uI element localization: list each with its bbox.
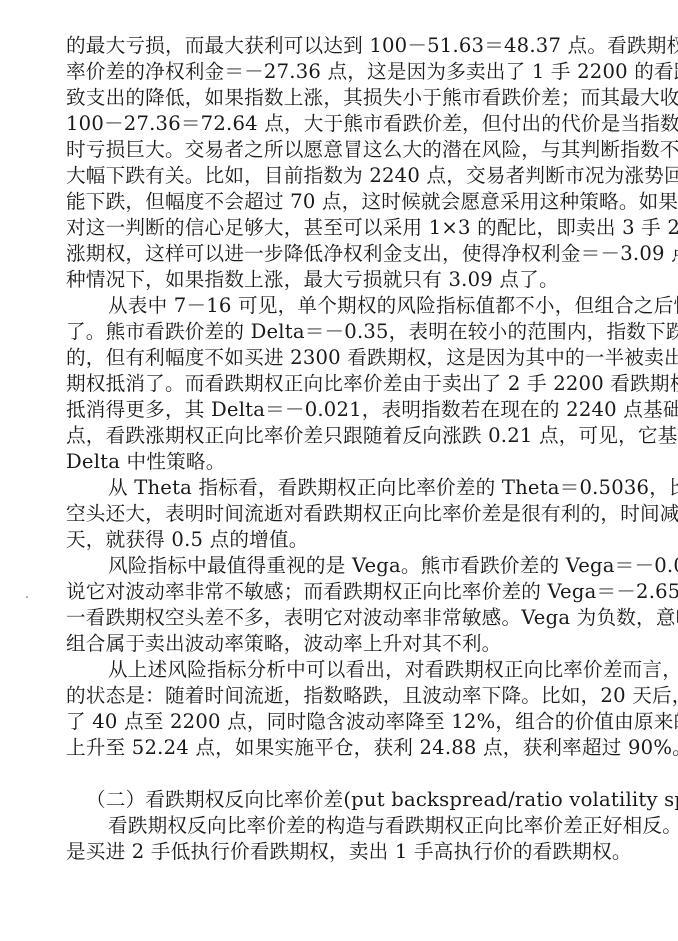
text-line: 致支出的降低，如果指数上涨，其损失小于熊市看跌价差；而其最大收益＝ bbox=[66, 85, 634, 111]
paragraph-3: 从 Theta 指标看，看跌期权正向比率价差的 Theta＝0.5036，比单个… bbox=[66, 475, 634, 553]
blank-line bbox=[66, 761, 634, 787]
text-line: 风险指标中最值得重视的是 Vega。熊市看跌价差的 Vega＝－0.02，可以 bbox=[66, 553, 634, 579]
text-line: 从表中 7－16 可见，单个期权的风险指标值都不小，但组合之后情况就变 bbox=[66, 293, 634, 319]
text-line: 从上述风险指标分析中可以看出，对看跌期权正向比率价差而言，最理想 bbox=[66, 657, 634, 683]
text-line: 涨期权，这样可以进一步降低净权利金支出，使得净权利金＝－3.09 点。在这 bbox=[66, 241, 634, 267]
section-heading: （二）看跌期权反向比率价差(put backspread/ratio volat… bbox=[66, 787, 634, 813]
text-line: 看跌期权反向比率价差的构造与看跌期权正向比率价差正好相反。现在 bbox=[66, 813, 634, 839]
paragraph-1: 的最大亏损，而最大获利可以达到 100－51.63＝48.37 点。看跌期权正向… bbox=[66, 33, 634, 293]
text-line: 100－27.36＝72.64 点，大于熊市看跌价差，但付出的代价是当指数大幅下… bbox=[66, 111, 634, 137]
text-line: Delta 中性策略。 bbox=[66, 449, 634, 475]
text-line: 种情况下，如果指数上涨，最大亏损就只有 3.09 点了。 bbox=[66, 267, 634, 293]
paragraph-5: 从上述风险指标分析中可以看出，对看跌期权正向比率价差而言，最理想 的状态是：随着… bbox=[66, 657, 634, 761]
text-line: 说它对波动率非常不敏感；而看跌期权正向比率价差的 Vega＝－2.65，与单 bbox=[66, 579, 634, 605]
document-page: 的最大亏损，而最大获利可以达到 100－51.63＝48.37 点。看跌期权正向… bbox=[66, 33, 634, 865]
text-line: 天，就获得 0.5 点的增值。 bbox=[66, 527, 634, 553]
text-line: 的最大亏损，而最大获利可以达到 100－51.63＝48.37 点。看跌期权正向… bbox=[66, 33, 634, 59]
text-line: 大幅下跌有关。比如，目前指数为 2240 点，交易者判断市况为涨势回调，有可 bbox=[66, 163, 634, 189]
text-line: 是买进 2 手低执行价看跌期权，卖出 1 手高执行价的看跌期权。 bbox=[66, 839, 634, 865]
text-line: 能下跌，但幅度不会超过 70 点，这时候就会愿意采用这种策略。如果交易者 bbox=[66, 189, 634, 215]
text-line: 空头还大，表明时间流逝对看跌期权正向比率价差是很有利的，时间减少 1 bbox=[66, 501, 634, 527]
text-line: 从 Theta 指标看，看跌期权正向比率价差的 Theta＝0.5036，比单个… bbox=[66, 475, 634, 501]
text-line: 上升至 52.24 点，如果实施平仓，获利 24.88 点，获利率超过 90%。 bbox=[66, 735, 634, 761]
text-line: 抵消得更多，其 Delta＝－0.021，表明指数若在现在的 2240 点基础上… bbox=[66, 397, 634, 423]
text-line: 期权抵消了。而看跌期权正向比率价差由于卖出了 2 手 2200 看跌期权，因此 bbox=[66, 371, 634, 397]
text-line: 点，看跌涨期权正向比率价差只跟随着反向涨跌 0.21 点，可见，它基本上属于 bbox=[66, 423, 634, 449]
text-line: 了。熊市看跌价差的 Delta＝－0.35，表明在较小的范围内，指数下跌是有利 bbox=[66, 319, 634, 345]
paragraph-2: 从表中 7－16 可见，单个期权的风险指标值都不小，但组合之后情况就变 了。熊市… bbox=[66, 293, 634, 475]
scan-speck bbox=[26, 596, 28, 598]
text-line: 的，但有利幅度不如买进 2300 看跌期权，这是因为其中的一半被卖出的看跌 bbox=[66, 345, 634, 371]
text-line: 时亏损巨大。交易者之所以愿意冒这么大的潜在风险，与其判断指数不可能 bbox=[66, 137, 634, 163]
text-line: 对这一判断的信心足够大，甚至可以采用 1×3 的配比，即卖出 3 手 2200 … bbox=[66, 215, 634, 241]
text-line: 组合属于卖出波动率策略，波动率上升对其不利。 bbox=[66, 631, 634, 657]
text-line: 的状态是：随着时间流逝，指数略跌，且波动率下降。比如，20 天后，指数下跌 bbox=[66, 683, 634, 709]
text-line: 率价差的净权利金＝－27.36 点，这是因为多卖出了 1 手 2200 的看跌期… bbox=[66, 59, 634, 85]
paragraph-6: 看跌期权反向比率价差的构造与看跌期权正向比率价差正好相反。现在 是买进 2 手低… bbox=[66, 813, 634, 865]
text-line: 了 40 点至 2200 点，同时隐含波动率降至 12%，组合的价值由原来的 2… bbox=[66, 709, 634, 735]
text-line: 一看跌期权空头差不多，表明它对波动率非常敏感。Vega 为负数，意味着该 bbox=[66, 605, 634, 631]
paragraph-4: 风险指标中最值得重视的是 Vega。熊市看跌价差的 Vega＝－0.02，可以 … bbox=[66, 553, 634, 657]
